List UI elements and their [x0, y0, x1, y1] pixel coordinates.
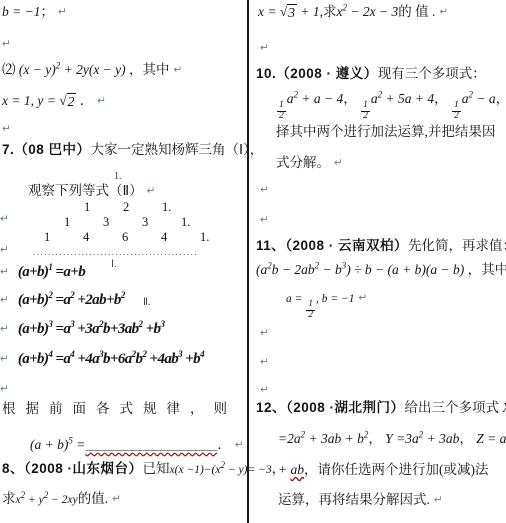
empty-paragraph: ↵: [0, 381, 18, 398]
equation-line-2: ↵(a+b)2 =a2 +2ab+b2: [0, 291, 125, 310]
text-run: ．: [76, 93, 93, 108]
binomial-equation: (a+b)4 =a4 +4a3b+6a2b2 +4ab3 +b4: [18, 351, 204, 367]
problem-10-polynomials: 12a2 + a − 4， 12a2 + 5a + 4， 12a2 − a，请你…: [276, 91, 506, 122]
text-run: 现有三个多项式：: [378, 66, 486, 81]
math-expression: 12a2 − a: [451, 91, 496, 106]
worksheet-page: b = −1；↵ ↵ ⑵ (x − y)2 + 2y(x − y) ，其中↵ x…: [0, 0, 506, 523]
text-run: 求: [2, 491, 16, 506]
equation-line-1: ↵(a+b)1 =a+b: [0, 263, 85, 282]
empty-paragraph: ↵: [260, 40, 278, 57]
pilcrow-icon: ↵: [439, 6, 448, 18]
empty-paragraph: ↵: [260, 325, 278, 342]
margin-pilcrow: ↵: [0, 211, 18, 228]
text-run: 择其中两个进行加法运算,并把结果因: [276, 124, 495, 139]
empty-paragraph: ↵: [260, 182, 278, 199]
math-expression: (x − y)2 + 2y(x − y): [19, 62, 126, 77]
column-divider-line: [247, 0, 249, 523]
math-expression: x = √3 + 1,: [258, 4, 323, 19]
problem-8-heading: 8、（2008 ·山东烟台）已知x(x −1)−(x2 − y)= −3，: [2, 461, 285, 478]
text-run: ，: [368, 431, 385, 446]
text-run: 求: [323, 4, 337, 19]
bold-text-run: 7.（08 巴中）: [2, 142, 91, 157]
math-expression: X: [502, 400, 506, 415]
rule-statement-line: 根据前面各式规律，则: [2, 401, 244, 418]
text-run: 给出三个多项式: [405, 400, 503, 415]
pilcrow-icon: ↵: [58, 6, 67, 18]
pilcrow-icon: ↵: [260, 214, 269, 226]
pilcrow-icon: ↵: [260, 384, 269, 396]
text-run: ，其中: [464, 262, 506, 277]
problem-10-heading: 10.（2008 · 遵义）现有三个多项式：: [256, 66, 486, 83]
binomial-equation: (a+b)3 =a3 +3a2b+3ab2 +b3: [18, 321, 165, 337]
math-expression: Y =3a2 + 3ab: [385, 431, 459, 446]
pilcrow-icon: ↵: [0, 244, 9, 256]
math-expression: Z = a2: [476, 431, 506, 446]
math-expression: +: [278, 462, 291, 477]
pilcrow-icon: ↵: [0, 323, 9, 335]
problem-11-expression: (a2b − 2ab2 − b3) ÷ b − (a + b)(a − b) ，…: [256, 262, 506, 279]
math-expression: (a2b − 2ab2 − b3) ÷ b − (a + b)(a − b): [256, 262, 464, 277]
text-run: 先化简，再求值：: [408, 238, 506, 253]
equation-line-3: ↵(a+b)3 =a3 +3a2b+3ab2 +b3: [0, 320, 164, 339]
pilcrow-icon: ↵: [359, 292, 368, 304]
text-run: 的值.: [78, 491, 108, 506]
text-run: ，: [343, 91, 360, 106]
problem-part2-values: x = 1, y = √2 ．↵: [2, 93, 106, 111]
pilcrow-icon: ↵: [235, 439, 244, 451]
pilcrow-icon: ↵: [174, 64, 183, 76]
pilcrow-icon: ↵: [0, 353, 9, 365]
empty-paragraph: ↵: [260, 354, 278, 371]
math-expression: 12a2 + 5a + 4: [360, 91, 434, 106]
math-expression: x2 − 2x − 3: [337, 4, 399, 19]
problem-12-line4: 运算，再将结果分解因式.↵: [278, 492, 443, 509]
problem-8-line2: 求x2 + y2 − 2xy的值.↵: [2, 491, 121, 508]
problem-part2-expression: ⑵ (x − y)2 + 2y(x − y) ，其中↵: [2, 62, 182, 79]
problem-10-line3: 择其中两个进行加法运算,并把结果因: [276, 124, 495, 141]
answer-blank: ______________________: [85, 438, 217, 452]
text-run: 观察下列等式（Ⅱ）: [28, 183, 143, 198]
small-label: Ⅱ.: [143, 297, 150, 308]
pilcrow-icon: ↵: [2, 38, 11, 50]
problem-12-heading: 12、（2008 ·湖北荆门）给出三个多项式 X: [256, 400, 506, 417]
pilcrow-icon: ↵: [260, 184, 269, 196]
binomial-equation: (a+b)1 =a+b: [18, 264, 85, 280]
problem-12-line3: + ab，请你任选两个进行加(或减)法: [278, 462, 489, 479]
pilcrow-icon: ↵: [334, 157, 343, 169]
label-roman-two: Ⅱ.: [143, 293, 150, 310]
empty-paragraph: ↵: [2, 36, 20, 53]
problem-12-polynomials: =2a2 + 3ab + b2， Y =3a2 + 3ab， Z = a2: [278, 431, 506, 448]
text-run: ⑵: [2, 62, 19, 77]
text-run: ，: [434, 91, 451, 106]
list-number-artifact: 1.: [114, 167, 122, 184]
text-run: ；: [40, 4, 54, 19]
small-label: Ⅰ.: [111, 259, 116, 270]
math-expression-small: x(x −1)−(x2 − y)= −3: [170, 464, 272, 476]
text-run: ，请你任选两个进行加(或减)法: [304, 462, 489, 477]
math-expression: =2a2 + 3ab + b2: [278, 431, 368, 446]
given-value-b: b = −1；↵: [2, 4, 67, 21]
pascal-number: 1.: [200, 230, 239, 246]
small-label: 1.: [114, 171, 122, 182]
pilcrow-icon: ↵: [97, 95, 106, 107]
text-run: ，其中: [126, 62, 170, 77]
problem-11-heading: 11、（2008 · 云南双柏）先化简，再求值：↵: [256, 238, 506, 255]
bold-text-run: 8、（2008 ·山东烟台）: [2, 461, 143, 476]
pilcrow-icon: ↵: [0, 383, 9, 395]
text-run: 大家一定熟知杨辉三角（Ⅰ），: [91, 142, 264, 157]
binomial-equation: (a+b)2 =a2 +2ab+b2: [18, 292, 125, 308]
problem-7-line2: 观察下列等式（Ⅱ）↵: [28, 183, 155, 200]
problem-10-line4: 式分解。↵: [276, 155, 343, 172]
pilcrow-icon: ↵: [260, 327, 269, 339]
math-expression: 12a2 + a − 4: [276, 91, 343, 106]
problem-7-heading: 7.（08 巴中）大家一定熟知杨辉三角（Ⅰ），: [2, 142, 263, 159]
pilcrow-icon: ↵: [0, 213, 9, 225]
problem-11-values: a = 12, b = −1↵: [286, 290, 367, 321]
pilcrow-icon: ↵: [434, 494, 443, 506]
text-run: ，: [459, 431, 476, 446]
math-wavy-underlined: ab: [291, 462, 305, 477]
text-run: 根据前面各式规律，则: [2, 401, 237, 416]
text-run: 已知: [143, 461, 170, 476]
empty-paragraph: ↵: [260, 212, 278, 229]
pilcrow-icon: ↵: [0, 266, 9, 278]
bold-text-run: 10.（2008 · 遵义）: [256, 66, 378, 81]
pilcrow-icon: ↵: [112, 493, 121, 505]
empty-paragraph: ↵: [2, 121, 20, 138]
empty-paragraph: ↵: [260, 382, 278, 399]
bold-text-run: 11、（2008 · 云南双柏）: [256, 238, 408, 253]
math-expression-small: a = 12, b = −1: [286, 293, 355, 305]
problem-9-tail: x = √3 + 1,求x2 − 2x − 3的 值 .↵: [258, 4, 448, 22]
math-expression-small: x2 + y2 − 2xy: [16, 494, 78, 506]
label-roman-one: Ⅰ.: [111, 255, 116, 272]
pilcrow-icon: ↵: [260, 42, 269, 54]
pilcrow-icon: ↵: [0, 294, 9, 306]
pilcrow-icon: ↵: [260, 356, 269, 368]
text-run: ．: [217, 437, 231, 452]
text-run: ，请你选: [496, 91, 506, 106]
equation-line-4: ↵(a+b)4 =a4 +4a3b+6a2b2 +4ab3 +b4: [0, 350, 204, 369]
math-expression: (a + b)5 =: [30, 437, 85, 452]
math-expression: x = 1, y = √2: [2, 93, 76, 108]
bold-text-run: 12、（2008 ·湖北荆门）: [256, 400, 405, 415]
math-expression: b = −1: [2, 4, 40, 19]
pilcrow-icon: ↵: [2, 123, 11, 135]
pilcrow-icon: ↵: [147, 185, 156, 197]
text-run: 的 值 .: [398, 4, 435, 19]
text-run: 运算，再将结果分解因式.: [278, 492, 430, 507]
fill-in-blank-line: (a + b)5 =______________________．↵: [30, 437, 244, 454]
margin-pilcrow: ↵: [0, 242, 18, 259]
text-run: 式分解。: [276, 155, 330, 170]
